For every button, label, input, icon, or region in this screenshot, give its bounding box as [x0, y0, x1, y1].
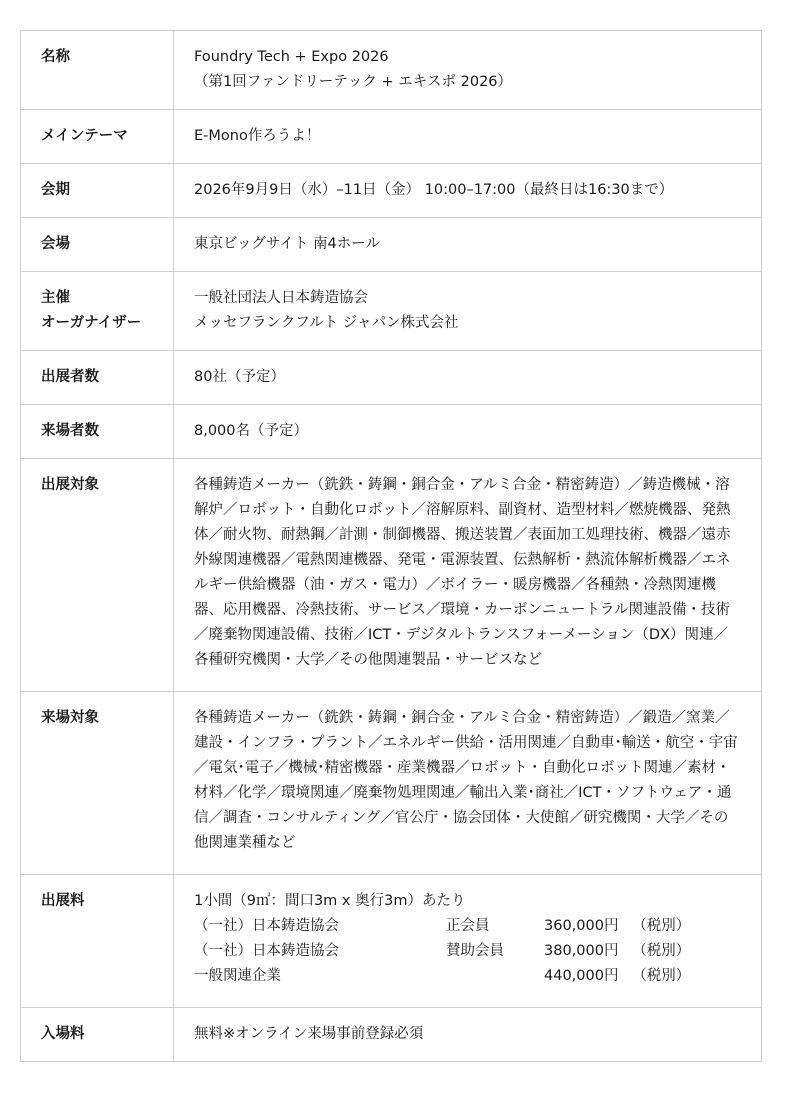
- label-host: 主催: [41, 286, 153, 311]
- row-admission: 入場料 無料※オンライン来場事前登録必須: [21, 1008, 762, 1062]
- label-exhibit-profile: 出展対象: [21, 459, 174, 692]
- row-visitors: 来場者数 8,000名（予定）: [21, 405, 762, 459]
- fee-member: （一社）日本鋳造協会: [194, 914, 446, 939]
- row-exhibitors: 出展者数 80社（予定）: [21, 351, 762, 405]
- row-exhibit-profile: 出展対象 各種鋳造メーカー（銑鉄・鋳鋼・銅合金・アルミ合金・精密鋳造）／鋳造機械…: [21, 459, 762, 692]
- label-name: 名称: [21, 31, 174, 110]
- row-visitor-profile: 来場対象 各種鋳造メーカー（銑鉄・鋳鋼・銅合金・アルミ合金・精密鋳造）／鍛造／窯…: [21, 692, 762, 875]
- venue-text: 東京ビッグサイト 南4ホール: [194, 232, 741, 257]
- label-visitors: 来場者数: [21, 405, 174, 459]
- row-exhibit-fee: 出展料 1小間（9㎡：間口3m x 奥行3m）あたり （一社）日本鋳造協会正会員…: [21, 875, 762, 1008]
- row-organizer: 主催 オーガナイザー 一般社団法人日本鋳造協会 メッセフランクフルト ジャパン株…: [21, 272, 762, 351]
- value-exhibit-profile: 各種鋳造メーカー（銑鉄・鋳鋼・銅合金・アルミ合金・精密鋳造）／鋳造機械・溶解炉／…: [174, 459, 762, 692]
- fee-row-general: 一般関連企業440,000円 （税別）: [194, 964, 741, 989]
- row-dates: 会期 2026年9月9日（水）–11日（金） 10:00–17:00（最終日は1…: [21, 164, 762, 218]
- visitors-count: 8,000名（予定）: [194, 419, 741, 444]
- value-exhibitors: 80社（予定）: [174, 351, 762, 405]
- fee-row-regular: （一社）日本鋳造協会正会員360,000円 （税別）: [194, 914, 741, 939]
- fee-type: 正会員: [446, 914, 544, 939]
- event-title-en: Foundry Tech + Expo 2026: [194, 45, 741, 70]
- fee-member: 一般関連企業: [194, 964, 446, 989]
- fee-member: （一社）日本鋳造協会: [194, 939, 446, 964]
- fee-price: 440,000円: [544, 964, 618, 989]
- admission-text: 無料※オンライン来場事前登録必須: [194, 1022, 741, 1047]
- value-venue: 東京ビッグサイト 南4ホール: [174, 218, 762, 272]
- row-main-theme: メインテーマ E-Mono作ろうよ！: [21, 110, 762, 164]
- dates-text: 2026年9月9日（水）–11日（金） 10:00–17:00（最終日は16:3…: [194, 178, 741, 203]
- value-name: Foundry Tech + Expo 2026 （第1回ファンドリーテック +…: [174, 31, 762, 110]
- fee-tax: （税別）: [632, 939, 690, 964]
- label-main-theme: メインテーマ: [21, 110, 174, 164]
- event-title-ja: （第1回ファンドリーテック + エキスポ 2026）: [194, 70, 741, 95]
- value-visitor-profile: 各種鋳造メーカー（銑鉄・鋳鋼・銅合金・アルミ合金・精密鋳造）／鍛造／窯業／建設・…: [174, 692, 762, 875]
- label-visitor-profile: 来場対象: [21, 692, 174, 875]
- value-dates: 2026年9月9日（水）–11日（金） 10:00–17:00（最終日は16:3…: [174, 164, 762, 218]
- value-main-theme: E-Mono作ろうよ！: [174, 110, 762, 164]
- label-dates: 会期: [21, 164, 174, 218]
- row-name: 名称 Foundry Tech + Expo 2026 （第1回ファンドリーテッ…: [21, 31, 762, 110]
- fee-type: 賛助会員: [446, 939, 544, 964]
- fee-tax: （税別）: [632, 914, 690, 939]
- exhibitors-count: 80社（予定）: [194, 365, 741, 390]
- fee-row-supporting: （一社）日本鋳造協会賛助会員380,000円 （税別）: [194, 939, 741, 964]
- value-organizer: 一般社団法人日本鋳造協会 メッセフランクフルト ジャパン株式会社: [174, 272, 762, 351]
- row-venue: 会場 東京ビッグサイト 南4ホール: [21, 218, 762, 272]
- event-info-table: 名称 Foundry Tech + Expo 2026 （第1回ファンドリーテッ…: [20, 30, 762, 1062]
- value-visitors: 8,000名（予定）: [174, 405, 762, 459]
- value-exhibit-fee: 1小間（9㎡：間口3m x 奥行3m）あたり （一社）日本鋳造協会正会員360,…: [174, 875, 762, 1008]
- value-admission: 無料※オンライン来場事前登録必須: [174, 1008, 762, 1062]
- host-name: 一般社団法人日本鋳造協会: [194, 286, 741, 311]
- label-organizer-ja: オーガナイザー: [41, 311, 153, 336]
- label-exhibit-fee: 出展料: [21, 875, 174, 1008]
- fee-tax: （税別）: [632, 964, 690, 989]
- label-venue: 会場: [21, 218, 174, 272]
- label-exhibitors: 出展者数: [21, 351, 174, 405]
- fee-price: 380,000円: [544, 939, 618, 964]
- fee-price: 360,000円: [544, 914, 618, 939]
- main-theme-text: E-Mono作ろうよ！: [194, 124, 741, 149]
- label-admission: 入場料: [21, 1008, 174, 1062]
- label-organizer: 主催 オーガナイザー: [21, 272, 174, 351]
- fee-intro: 1小間（9㎡：間口3m x 奥行3m）あたり: [194, 889, 741, 914]
- organizer-name: メッセフランクフルト ジャパン株式会社: [194, 311, 741, 336]
